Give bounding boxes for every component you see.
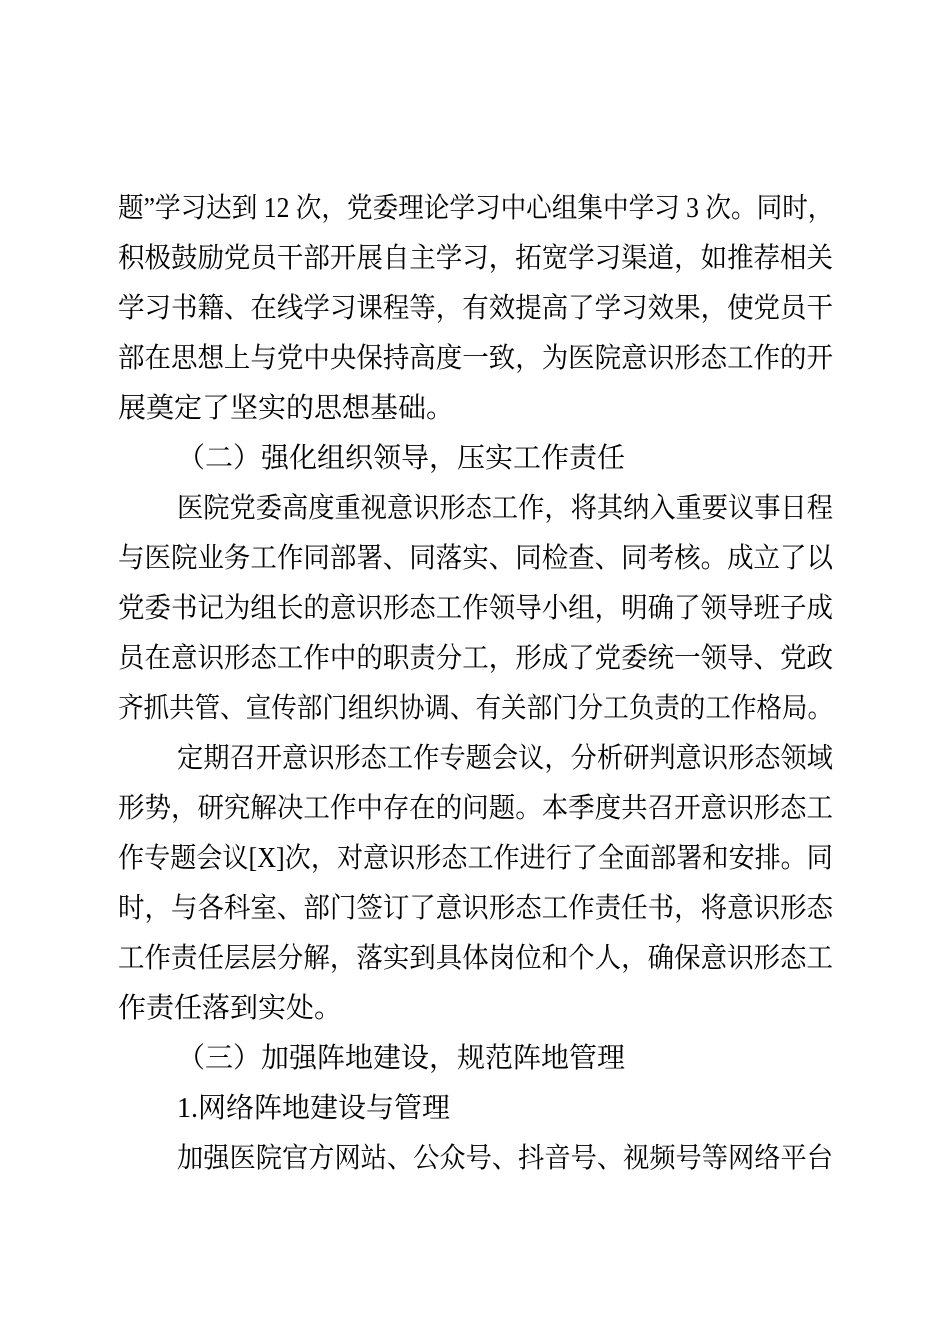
text-line: 作责任落到实处。: [118, 984, 833, 1034]
text-line: 加强医院官方网站、公众号、抖音号、视频号等网络平台: [118, 1134, 833, 1184]
section-heading: （二）强化组织领导，压实工作责任: [118, 434, 833, 484]
text-run: 医院党委高度重视意识形态工作，将其纳入重要议事日程: [177, 484, 833, 534]
sub-heading: 1.网络阵地建设与管理: [118, 1084, 833, 1134]
text-run: 时，与各科室、部门签订了意识形态工作责任书，将意识形态: [118, 884, 833, 934]
text-run: 形势，研究解决工作中存在的问题。本季度共召开意识形态工: [118, 784, 833, 834]
text-line: 定期召开意识形态工作专题会议，分析研判意识形态领域: [118, 734, 833, 784]
text-line: 党委书记为组长的意识形态工作领导小组，明确了领导班子成: [118, 584, 833, 634]
text-line: 员在意识形态工作中的职责分工，形成了党委统一领导、党政: [118, 634, 833, 684]
text-run: 加强医院官方网站、公众号、抖音号、视频号等网络平台: [177, 1134, 833, 1184]
text-run: 积极鼓励党员干部开展自主学习，拓宽学习渠道，如推荐相关: [118, 234, 833, 284]
text-run: 党委书记为组长的意识形态工作领导小组，明确了领导班子成: [118, 584, 833, 634]
text-line: （二）强化组织领导，压实工作责任: [118, 434, 833, 484]
text-run: 定期召开意识形态工作专题会议，分析研判意识形态领域: [177, 734, 833, 784]
text-run: 题”学习达到 12 次，党委理论学习中心组集中学习 3 次。同时，: [118, 184, 833, 234]
document-page: 题”学习达到 12 次，党委理论学习中心组集中学习 3 次。同时，积极鼓励党员干…: [0, 0, 950, 1344]
text-line: 工作责任层层分解，落实到具体岗位和个人，确保意识形态工: [118, 934, 833, 984]
text-line: 齐抓共管、宣传部门组织协调、有关部门分工负责的工作格局。: [118, 684, 833, 734]
text-line: 部在思想上与党中央保持高度一致，为医院意识形态工作的开: [118, 334, 833, 384]
text-line: 题”学习达到 12 次，党委理论学习中心组集中学习 3 次。同时，: [118, 184, 833, 234]
text-run: 员在意识形态工作中的职责分工，形成了党委统一领导、党政: [118, 634, 833, 684]
text-line: （三）加强阵地建设，规范阵地管理: [118, 1034, 833, 1084]
text-line: 医院党委高度重视意识形态工作，将其纳入重要议事日程: [118, 484, 833, 534]
text-run: 展奠定了坚实的思想基础。: [118, 384, 454, 434]
text-run: （三）加强阵地建设，规范阵地管理: [177, 1034, 625, 1084]
text-line: 形势，研究解决工作中存在的问题。本季度共召开意识形态工: [118, 784, 833, 834]
text-run: （二）强化组织领导，压实工作责任: [177, 434, 625, 484]
text-run: 工作责任层层分解，落实到具体岗位和个人，确保意识形态工: [118, 934, 833, 984]
document-content: 题”学习达到 12 次，党委理论学习中心组集中学习 3 次。同时，积极鼓励党员干…: [118, 184, 833, 1184]
text-run: 作专题会议[X]次，对意识形态工作进行了全面部署和安排。同: [118, 834, 833, 884]
paragraph: 定期召开意识形态工作专题会议，分析研判意识形态领域形势，研究解决工作中存在的问题…: [118, 734, 833, 1034]
text-run: 作责任落到实处。: [118, 984, 342, 1034]
text-line: 学习书籍、在线学习课程等，有效提高了学习效果，使党员干: [118, 284, 833, 334]
text-line: 积极鼓励党员干部开展自主学习，拓宽学习渠道，如推荐相关: [118, 234, 833, 284]
text-line: 展奠定了坚实的思想基础。: [118, 384, 833, 434]
text-run: 1.网络阵地建设与管理: [177, 1084, 450, 1134]
section-heading: （三）加强阵地建设，规范阵地管理: [118, 1034, 833, 1084]
text-line: 与医院业务工作同部署、同落实、同检查、同考核。成立了以: [118, 534, 833, 584]
paragraph: 题”学习达到 12 次，党委理论学习中心组集中学习 3 次。同时，积极鼓励党员干…: [118, 184, 833, 434]
text-run: 部在思想上与党中央保持高度一致，为医院意识形态工作的开: [118, 334, 833, 384]
text-line: 时，与各科室、部门签订了意识形态工作责任书，将意识形态: [118, 884, 833, 934]
text-run: 与医院业务工作同部署、同落实、同检查、同考核。成立了以: [118, 534, 833, 584]
text-run: 齐抓共管、宣传部门组织协调、有关部门分工负责的工作格局。: [118, 684, 833, 734]
text-line: 1.网络阵地建设与管理: [118, 1084, 833, 1134]
paragraph: 加强医院官方网站、公众号、抖音号、视频号等网络平台: [118, 1134, 833, 1184]
text-line: 作专题会议[X]次，对意识形态工作进行了全面部署和安排。同: [118, 834, 833, 884]
paragraph: 医院党委高度重视意识形态工作，将其纳入重要议事日程与医院业务工作同部署、同落实、…: [118, 484, 833, 734]
text-run: 学习书籍、在线学习课程等，有效提高了学习效果，使党员干: [118, 284, 833, 334]
